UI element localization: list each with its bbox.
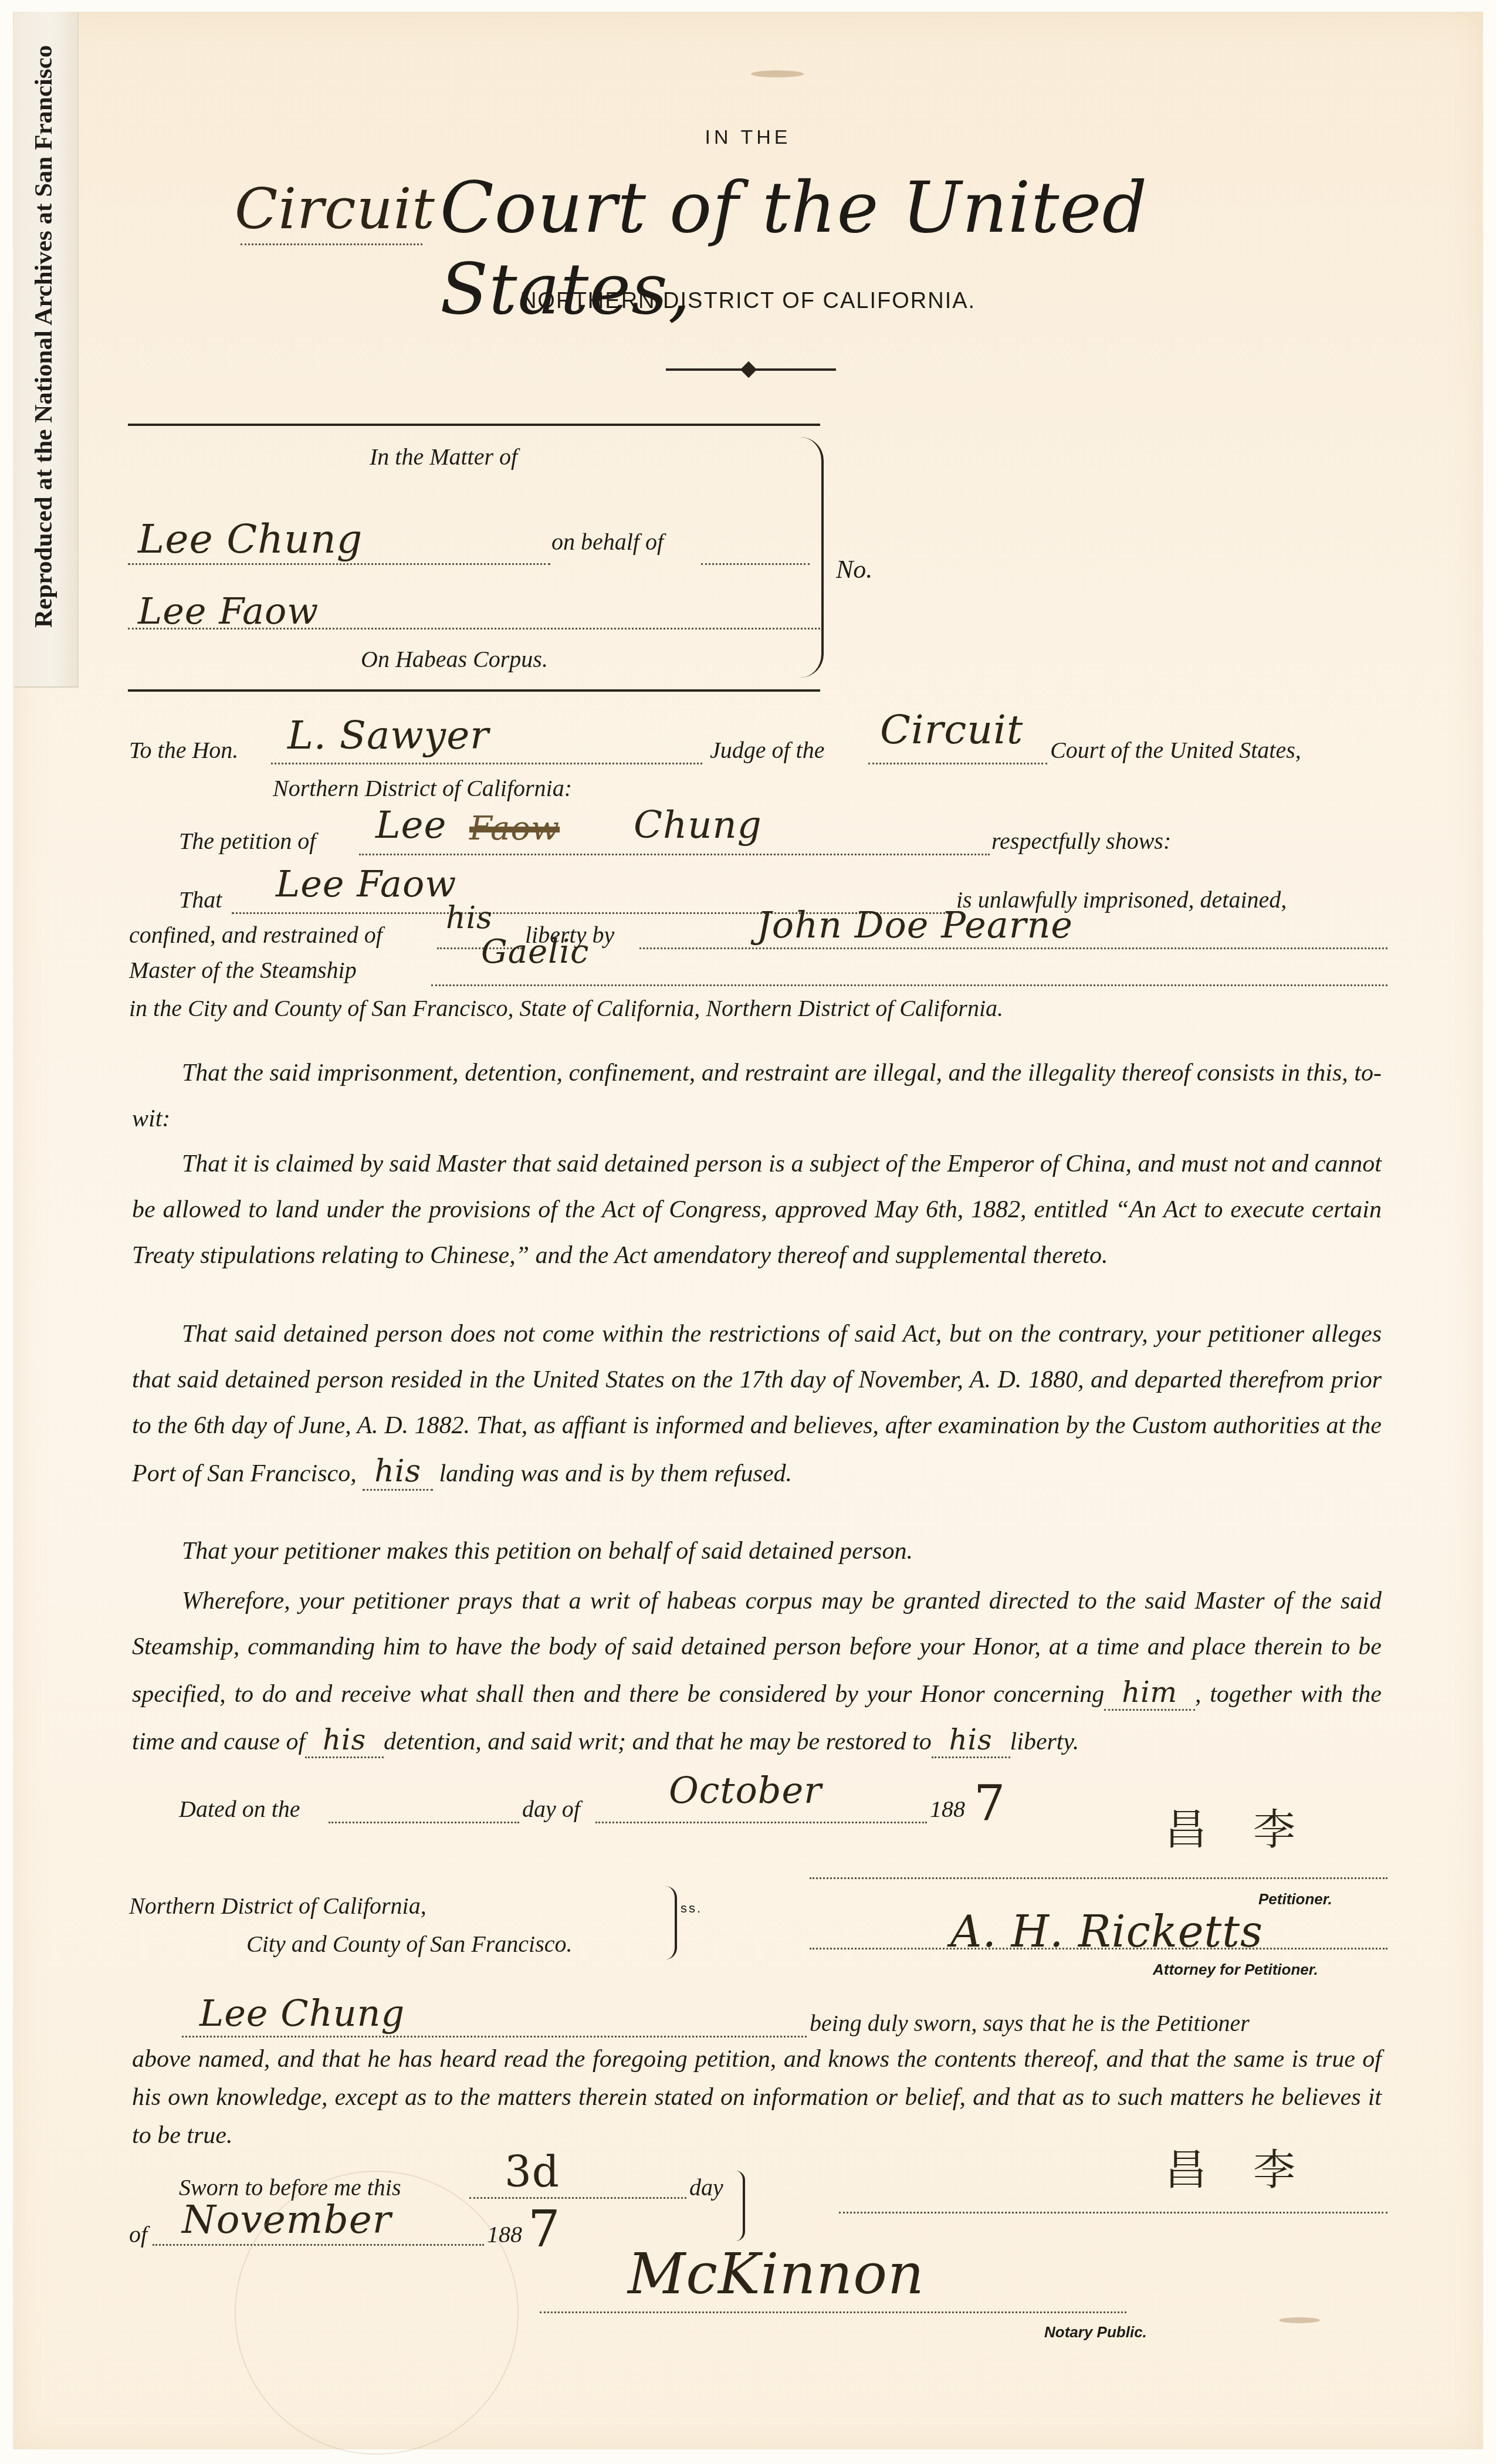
jurat-brace <box>733 2171 745 2241</box>
venue-line-1: Northern District of California, <box>129 1892 427 1920</box>
master-name: John Doe Pearne <box>757 903 1073 946</box>
pronoun-his-detention: his <box>305 1724 384 1758</box>
confined-label: confined, and restrained of <box>129 921 383 949</box>
header-in-the: IN THE <box>0 126 1496 149</box>
respectfully-shows: respectfully shows: <box>991 827 1171 855</box>
pronoun-his-landing: his <box>363 1454 433 1491</box>
paragraph-illegal: That the said imprisonment, detention, c… <box>132 1050 1382 1142</box>
paragraph-wherefore: Wherefore, your petitioner prays that a … <box>132 1578 1382 1765</box>
in-the-matter-of: In the Matter of <box>370 443 517 471</box>
notary-seal-embossed <box>235 2171 519 2455</box>
to-the-hon: To the Hon. <box>129 736 238 764</box>
jurat-day-label: day <box>689 2174 723 2201</box>
attorney-signature-line <box>810 1948 1387 1949</box>
petition-name-struck: Faow <box>469 810 560 848</box>
dated-day-of: day of <box>522 1795 580 1823</box>
caption-petitioner-blank <box>128 563 550 565</box>
rust-stain <box>1279 2317 1320 2323</box>
affiant-name: Lee Chung <box>199 1992 405 2035</box>
dated-year-prefix: 188 <box>930 1795 965 1823</box>
wherefore-text-d: liberty. <box>1010 1728 1079 1755</box>
petition-of-blank <box>359 854 990 855</box>
caption-top-rule <box>128 424 820 426</box>
district-heading: NORTHERN DISTRICT OF CALIFORNIA. <box>0 289 1496 314</box>
dated-month: October <box>669 1769 822 1812</box>
that-label: That <box>179 886 222 913</box>
address-court-type: Circuit <box>880 707 1023 753</box>
petition-of-label: The petition of <box>179 827 316 855</box>
petition-petitioner-first: Lee <box>375 804 446 847</box>
jurat-day-value: 3d <box>505 2147 560 2196</box>
affiant-name-blank <box>182 2036 807 2037</box>
court-type-blank <box>868 763 1047 764</box>
paragraph-not-within: That said detained person does not come … <box>132 1311 1382 1497</box>
paragraph-on-behalf-text: That your petitioner makes this petition… <box>182 1538 913 1565</box>
on-habeas-corpus: On Habeas Corpus. <box>361 645 548 673</box>
petitioner-label: Petitioner. <box>1258 1890 1332 1908</box>
pronoun-his-liberty: his <box>932 1724 1010 1758</box>
dated-on-the: Dated on the <box>179 1795 300 1823</box>
petition-petitioner-last: Chung <box>634 804 762 847</box>
paragraph-not-within-text-end: landing was and is by them refused. <box>439 1460 792 1487</box>
attorney-label: Attorney for Petitioner. <box>1153 1961 1318 1979</box>
attorney-signature: A. H. Ricketts <box>950 1907 1263 1957</box>
notary-signature: McKinnon <box>628 2241 925 2307</box>
caption-bottom-rule <box>128 689 820 692</box>
venue-ss: ss. <box>681 1901 702 1916</box>
dated-year-suffix: 7 <box>974 1775 1006 1832</box>
master-of-steamship: Master of the Steamship <box>129 956 357 984</box>
on-behalf-of: on behalf of <box>551 528 664 556</box>
judge-name: L. Sawyer <box>287 713 489 758</box>
jurat-day-blank <box>469 2197 686 2199</box>
court-title: Circuit Court of the United States, <box>223 164 1279 264</box>
petitioner-signature-line <box>810 1877 1387 1879</box>
paragraph-on-behalf: That your petitioner makes this petition… <box>132 1528 1382 1574</box>
jurat-of-label: of <box>129 2221 147 2248</box>
jurat-year-suffix: 7 <box>528 2200 561 2259</box>
court-suffix: Court of the United States, <box>1050 736 1301 764</box>
caption-blank <box>701 563 810 565</box>
judge-of-the: Judge of the <box>710 736 825 764</box>
case-number-label: No. <box>836 554 872 584</box>
caption-detained-name: Lee Faow <box>138 590 319 632</box>
paragraph-claimed: That it is claimed by said Master that s… <box>132 1141 1382 1278</box>
judge-name-blank <box>271 763 702 764</box>
caption-brace <box>786 437 824 678</box>
location-line: in the City and County of San Francisco,… <box>129 994 1003 1022</box>
petitioner-chinese-signature: 昌 李 <box>1165 1795 1312 1856</box>
affidavit-sworn-text: being duly sworn, says that he is the Pe… <box>810 2009 1250 2037</box>
court-type-blank <box>241 243 422 245</box>
court-type-handwritten: Circuit <box>235 176 435 242</box>
steamship-blank <box>431 984 1387 986</box>
notary-label: Notary Public. <box>1044 2323 1147 2341</box>
affiant-signature-line <box>839 2212 1387 2213</box>
paragraph-claimed-text: That it is claimed by said Master that s… <box>132 1150 1382 1269</box>
pronoun-him: him <box>1104 1676 1195 1711</box>
steamship-name: Gaelic <box>481 933 589 971</box>
master-name-blank <box>639 947 1387 949</box>
dated-day-blank <box>329 1822 519 1823</box>
caption-detained-blank <box>128 628 820 629</box>
address-district: Northern District of California: <box>273 774 572 802</box>
rust-stain <box>751 70 804 77</box>
pronoun-his: his <box>446 901 493 936</box>
affiant-chinese-signature: 昌 李 <box>1165 2135 1312 2196</box>
wherefore-text-c: detention, and said writ; and that he ma… <box>384 1728 932 1755</box>
dated-month-blank <box>595 1822 927 1823</box>
notary-signature-line <box>540 2311 1126 2313</box>
paragraph-illegal-text: That the said imprisonment, detention, c… <box>132 1060 1382 1132</box>
petition-detained-name: Lee Faow <box>276 862 456 905</box>
venue-brace <box>663 1886 677 1959</box>
venue-line-2: City and County of San Francisco. <box>246 1930 573 1958</box>
caption-petitioner-name: Lee Chung <box>138 516 363 563</box>
